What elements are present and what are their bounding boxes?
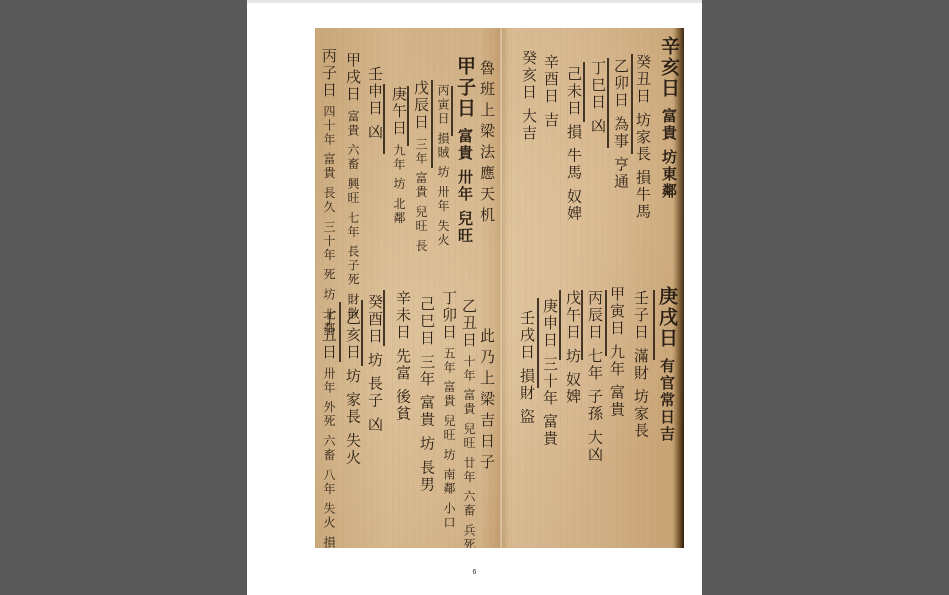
left-lower-col-3: 己巳日 三年 富貴 坊 長男	[419, 296, 434, 493]
page-number: 6	[247, 569, 702, 576]
column-rule	[339, 302, 341, 362]
right-upper-col-2: 癸丑日 坊家長 損牛馬	[635, 54, 650, 221]
left-lower-col-6: 乙亥日 坊 家長 失火	[345, 310, 360, 466]
column-rule	[583, 62, 585, 122]
pdf-viewer-background: 辛亥日 富貴 坊東鄰 癸丑日 坊家長 損牛馬 乙卯日 為事 亨通 丁巳日 凶 己…	[0, 0, 949, 595]
left-upper-col-4: 庚午日 九年 坊 北鄰	[391, 86, 406, 225]
column-rule	[605, 290, 607, 356]
right-lower-col-4: 丙辰日 七年 子孫 大凶	[587, 290, 602, 463]
left-lower-col-5: 癸酉日 坊 長子 凶	[367, 294, 382, 433]
left-upper-col-2: 丙寅日 損賊 坊 卅年 失火	[437, 84, 449, 247]
right-upper-col-3: 乙卯日 為事 亨通	[613, 58, 628, 191]
column-rule	[607, 58, 609, 148]
right-lower-col-6: 庚申日 三十年 富貴	[542, 298, 557, 448]
right-lower-col-7: 壬戌日 損財 盜	[519, 310, 534, 426]
left-lower-col-7: 丁丑日 卅年 外死 六畜 八年 失火 損賊	[321, 310, 336, 548]
right-upper-col-5: 己未日 損 牛馬 奴婢	[566, 66, 581, 222]
left-title-lower: 此乃上梁吉日子	[479, 328, 494, 475]
right-upper-col-6: 辛酉日 吉	[543, 54, 558, 129]
left-upper-col-1: 甲子日 富貴 卅年 兒旺	[455, 56, 474, 244]
right-upper-col-7: 癸亥日 大吉	[521, 50, 536, 142]
column-rule	[653, 290, 655, 360]
left-lower-col-4: 辛未日 先富 後貧	[395, 290, 410, 423]
manuscript-scan-image: 辛亥日 富貴 坊東鄰 癸丑日 坊家長 損牛馬 乙卯日 為事 亨通 丁巳日 凶 己…	[315, 28, 684, 548]
page-fold	[499, 28, 503, 548]
column-rule	[431, 80, 433, 168]
left-upper-col-3: 戊辰日 三年 富貴 兒旺 長	[413, 80, 428, 253]
document-page: 辛亥日 富貴 坊東鄰 癸丑日 坊家長 損牛馬 乙卯日 為事 亨通 丁巳日 凶 己…	[247, 0, 702, 595]
column-rule	[559, 290, 561, 360]
right-upper-col-4: 丁巳日 凶	[590, 60, 605, 135]
right-upper-col-1: 辛亥日 富貴 坊東鄰	[659, 36, 678, 200]
left-lower-col-1: 乙丑日 十年 富貴 兒旺 廿年 六畜 兵死	[461, 298, 476, 548]
left-upper-col-7: 丙子日 四十年 富貴 長久 三十年 死 坊 北鄰	[321, 48, 336, 336]
left-title-upper: 魯班上梁法應天机	[479, 60, 494, 228]
column-rule	[451, 86, 453, 136]
left-upper-col-5: 壬申日 凶	[367, 66, 382, 141]
right-lower-col-5: 戊午日 坊 奴婢	[565, 290, 580, 406]
column-rule	[537, 298, 539, 388]
left-lower-col-2: 丁卯日 五年 富貴 兒旺 坊 南鄰 小口	[441, 290, 456, 530]
right-lower-col-3: 甲寅日 九年 富貴	[609, 286, 624, 419]
right-lower-col-2: 壬子日 滿財 坊家長	[633, 290, 648, 440]
right-lower-col-1: 庚戌日 有官常日吉	[657, 286, 676, 443]
left-upper-col-6: 甲戌日 富貴 六畜 興旺 七年 長子死 財散	[345, 52, 360, 321]
column-rule	[631, 54, 633, 154]
